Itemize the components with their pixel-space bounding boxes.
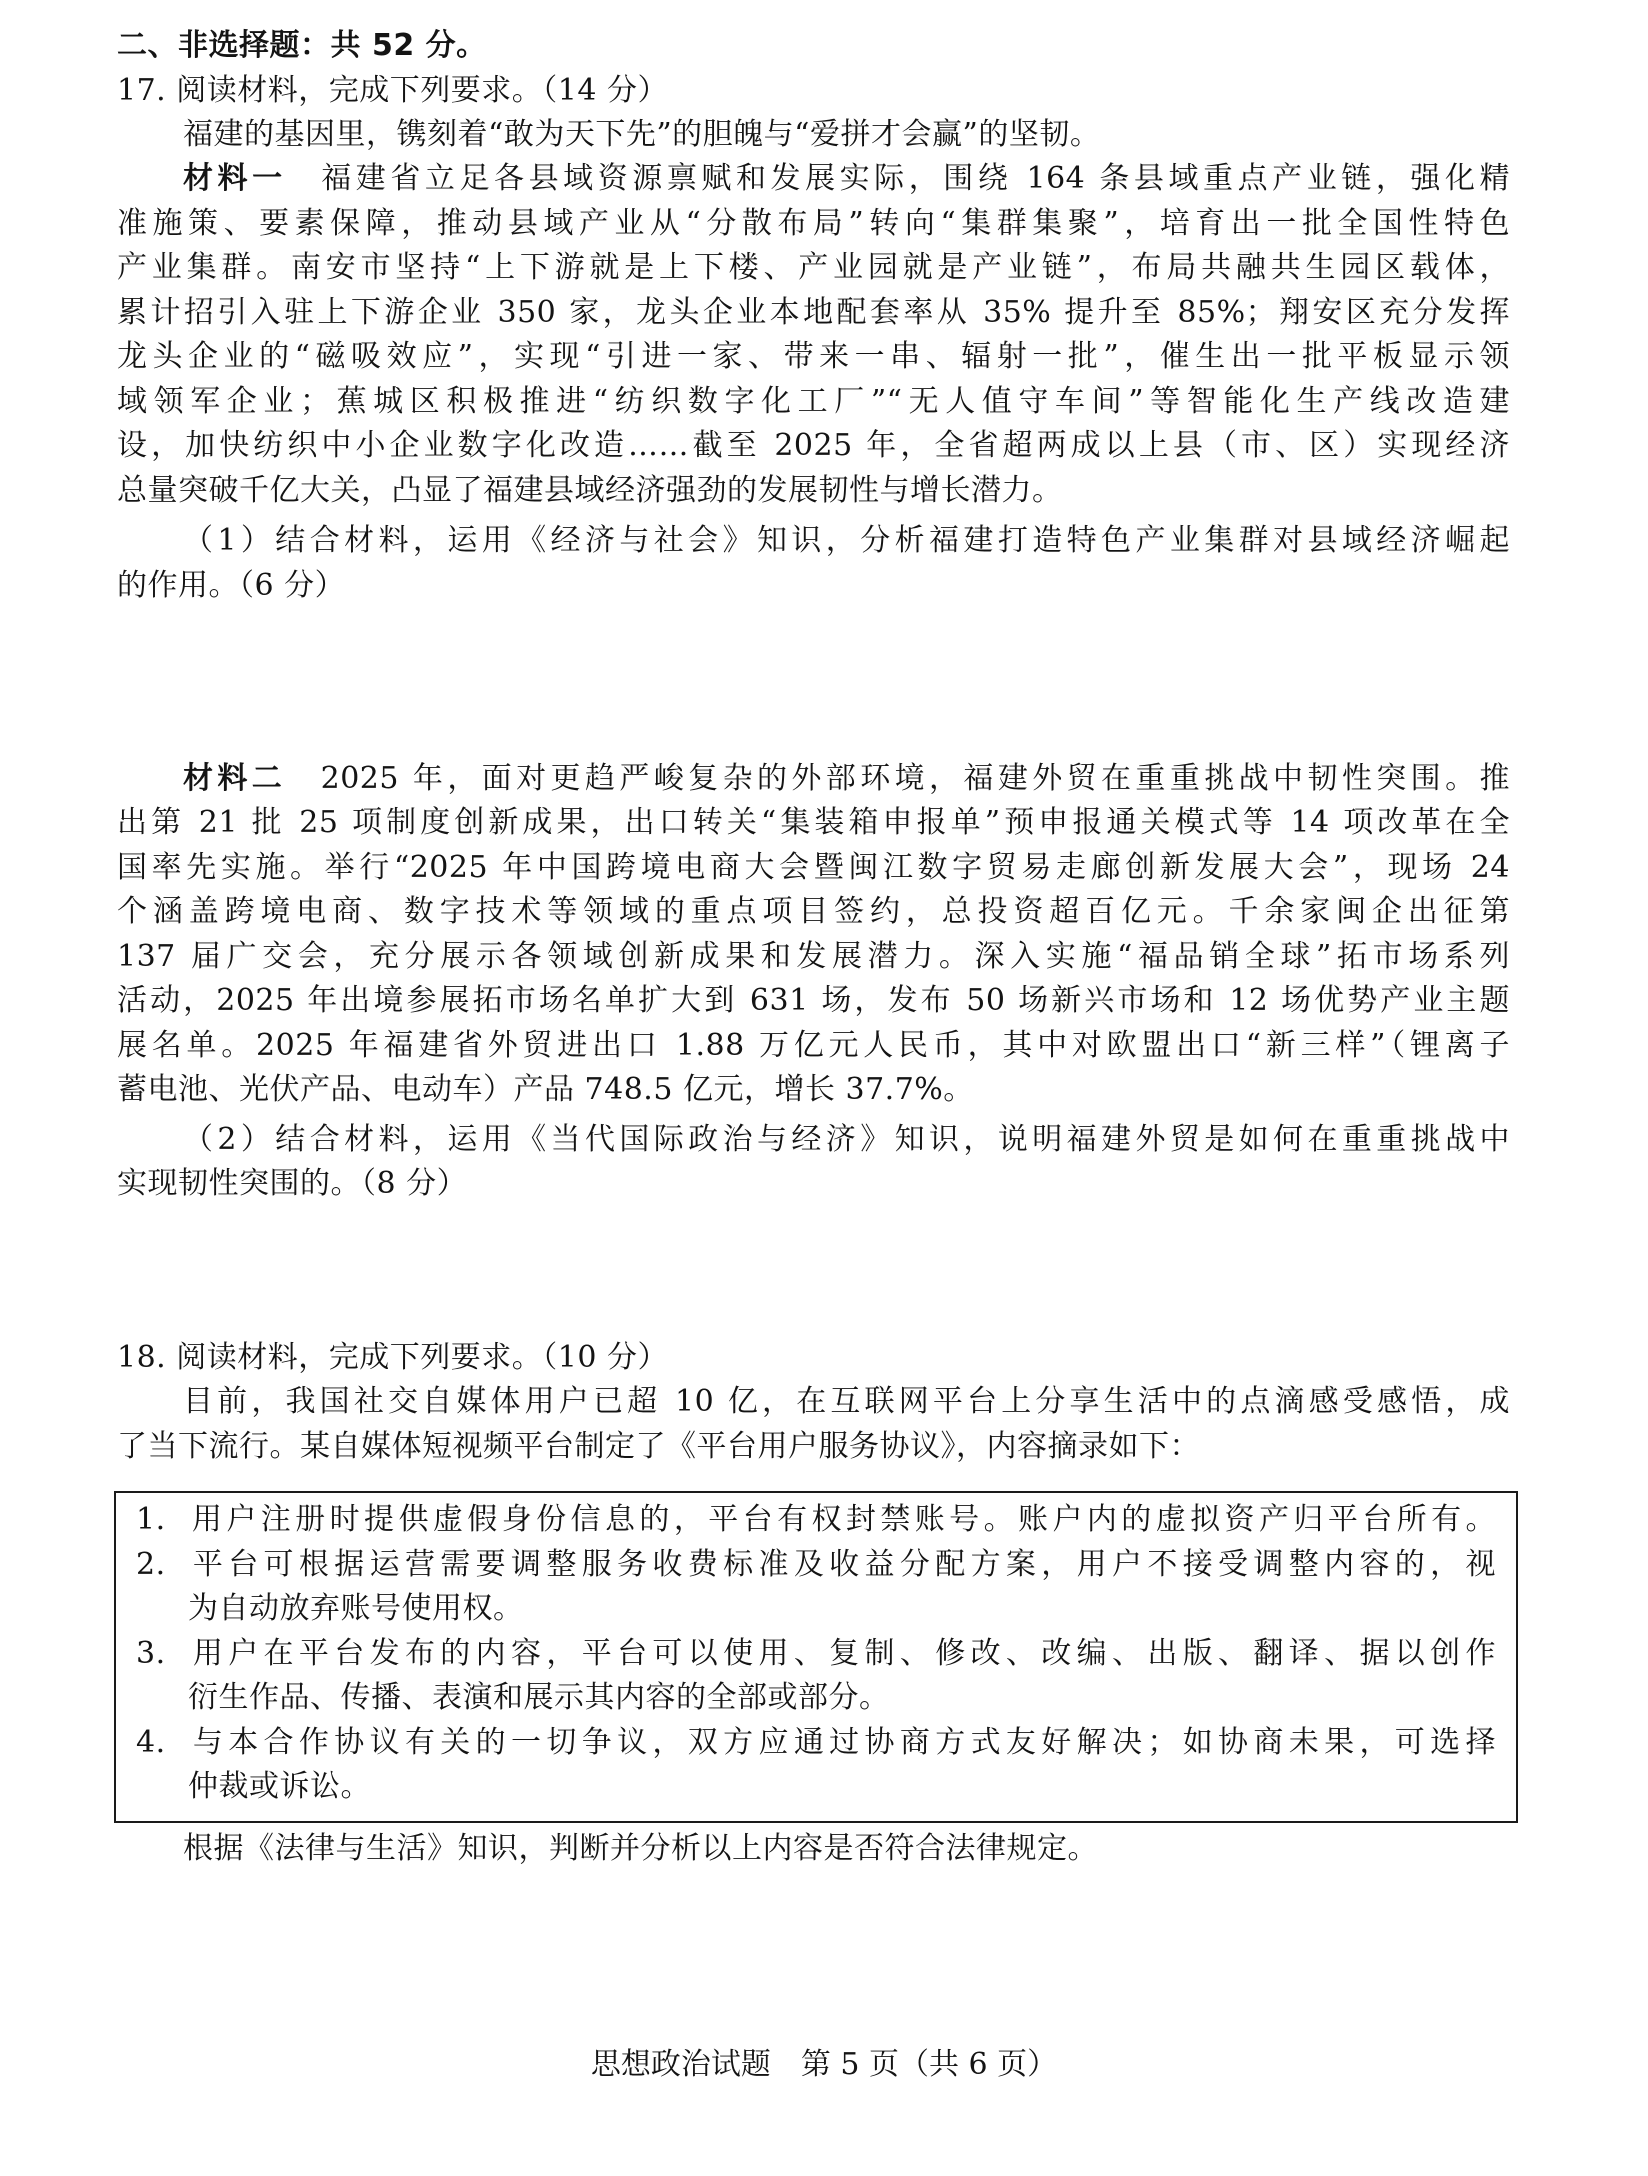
q17-sub2-line-2: 实现韧性突围的。（8 分） bbox=[117, 1164, 1510, 1204]
material1-line-6: 域领军企业；蕉城区积极推进“纺织数字化工厂”“无人值守车间”等智能化生产线改造建 bbox=[117, 382, 1510, 422]
material2-line-4: 个涵盖跨境电商、数字技术等领域的重点项目签约，总投资超百亿元。千余家闽企出征第 bbox=[117, 892, 1510, 932]
material2-line-8: 蓄电池、光伏产品、电动车）产品 748.5 亿元，增长 37.7%。 bbox=[117, 1070, 1510, 1110]
material2-line-1: 材料二 2025 年，面对更趋严峻复杂的外部环境，福建外贸在重重挑战中韧性突围。… bbox=[183, 759, 1510, 799]
q18-intro-line-2: 了当下流行。某自媒体短视频平台制定了《平台用户服务协议》，内容摘录如下： bbox=[117, 1427, 1510, 1467]
agreement-item-2-cont: 为自动放弃账号使用权。 bbox=[188, 1589, 1496, 1629]
material1-line-1: 材料一 福建省立足各县域资源禀赋和发展实际，围绕 164 条县域重点产业链，强化… bbox=[183, 159, 1510, 199]
agreement-item-2: 2.平台可根据运营需要调整服务收费标准及收益分配方案，用户不接受调整内容的，视 bbox=[136, 1545, 1496, 1585]
agreement-item-1: 1.用户注册时提供虚假身份信息的，平台有权封禁账号。账户内的虚拟资产归平台所有。 bbox=[136, 1500, 1496, 1540]
section-heading: 二、非选择题：共 52 分。 bbox=[117, 26, 1510, 66]
q17-title: 17. 阅读材料，完成下列要求。（14 分） bbox=[117, 71, 1510, 111]
agreement-box: 1.用户注册时提供虚假身份信息的，平台有权封禁账号。账户内的虚拟资产归平台所有。… bbox=[114, 1491, 1518, 1823]
material1-line-7: 设，加快纺织中小企业数字化改造……截至 2025 年，全省超两成以上县（市、区）… bbox=[117, 426, 1510, 466]
material2-line-5: 137 届广交会，充分展示各领域创新成果和发展潜力。深入实施“福品销全球”拓市场… bbox=[117, 937, 1510, 977]
agreement-item-4: 4.与本合作协议有关的一切争议，双方应通过协商方式友好解决；如协商未果，可选择 bbox=[136, 1723, 1496, 1763]
q17-sub2-line-1: （2）结合材料，运用《当代国际政治与经济》知识，说明福建外贸是如何在重重挑战中 bbox=[183, 1120, 1510, 1160]
material1-label: 材料一 bbox=[183, 161, 287, 196]
q18-question: 根据《法律与生活》知识，判断并分析以上内容是否符合法律规定。 bbox=[183, 1829, 1510, 1869]
material1-line-2: 准施策、要素保障，推动县域产业从“分散布局”转向“集群集聚”，培育出一批全国性特… bbox=[117, 204, 1510, 244]
q17-sub1-line-1: （1）结合材料，运用《经济与社会》知识，分析福建打造特色产业集群对县域经济崛起 bbox=[183, 521, 1510, 561]
material2-line-3: 国率先实施。举行“2025 年中国跨境电商大会暨闽江数字贸易走廊创新发展大会”，… bbox=[117, 848, 1510, 888]
material2-line-2: 出第 21 批 25 项制度创新成果，出口转关“集装箱申报单”预申报通关模式等 … bbox=[117, 803, 1510, 843]
page-footer: 思想政治试题 第 5 页（共 6 页） bbox=[0, 2045, 1648, 2085]
material2-line-6: 活动，2025 年出境参展拓市场名单扩大到 631 场，发布 50 场新兴市场和… bbox=[117, 981, 1510, 1021]
agreement-item-3: 3.用户在平台发布的内容，平台可以使用、复制、修改、改编、出版、翻译、据以创作 bbox=[136, 1634, 1496, 1674]
material1-line-4: 累计招引入驻上下游企业 350 家，龙头企业本地配套率从 35% 提升至 85%… bbox=[117, 293, 1510, 333]
agreement-item-3-cont: 衍生作品、传播、表演和展示其内容的全部或部分。 bbox=[188, 1678, 1496, 1718]
q18-intro-line-1: 目前，我国社交自媒体用户已超 10 亿，在互联网平台上分享生活中的点滴感受感悟，… bbox=[183, 1382, 1510, 1422]
material2-line-7: 展名单。2025 年福建省外贸进出口 1.88 万亿元人民币，其中对欧盟出口“新… bbox=[117, 1026, 1510, 1066]
material1-line-8: 总量突破千亿大关，凸显了福建县域经济强劲的发展韧性与增长潜力。 bbox=[117, 471, 1510, 511]
material1-line-3: 产业集群。南安市坚持“上下游就是上下楼、产业园就是产业链”，布局共融共生园区载体… bbox=[117, 248, 1510, 288]
q17-intro: 福建的基因里，镌刻着“敢为天下先”的胆魄与“爱拼才会赢”的坚韧。 bbox=[183, 115, 1510, 155]
material2-label: 材料二 bbox=[183, 761, 286, 796]
material1-line-5: 龙头企业的“磁吸效应”，实现“引进一家、带来一串、辐射一批”，催生出一批平板显示… bbox=[117, 337, 1510, 377]
q18-title: 18. 阅读材料，完成下列要求。（10 分） bbox=[117, 1338, 1510, 1378]
agreement-item-4-cont: 仲裁或诉讼。 bbox=[188, 1767, 1496, 1807]
q17-sub1-line-2: 的作用。（6 分） bbox=[117, 566, 1510, 606]
